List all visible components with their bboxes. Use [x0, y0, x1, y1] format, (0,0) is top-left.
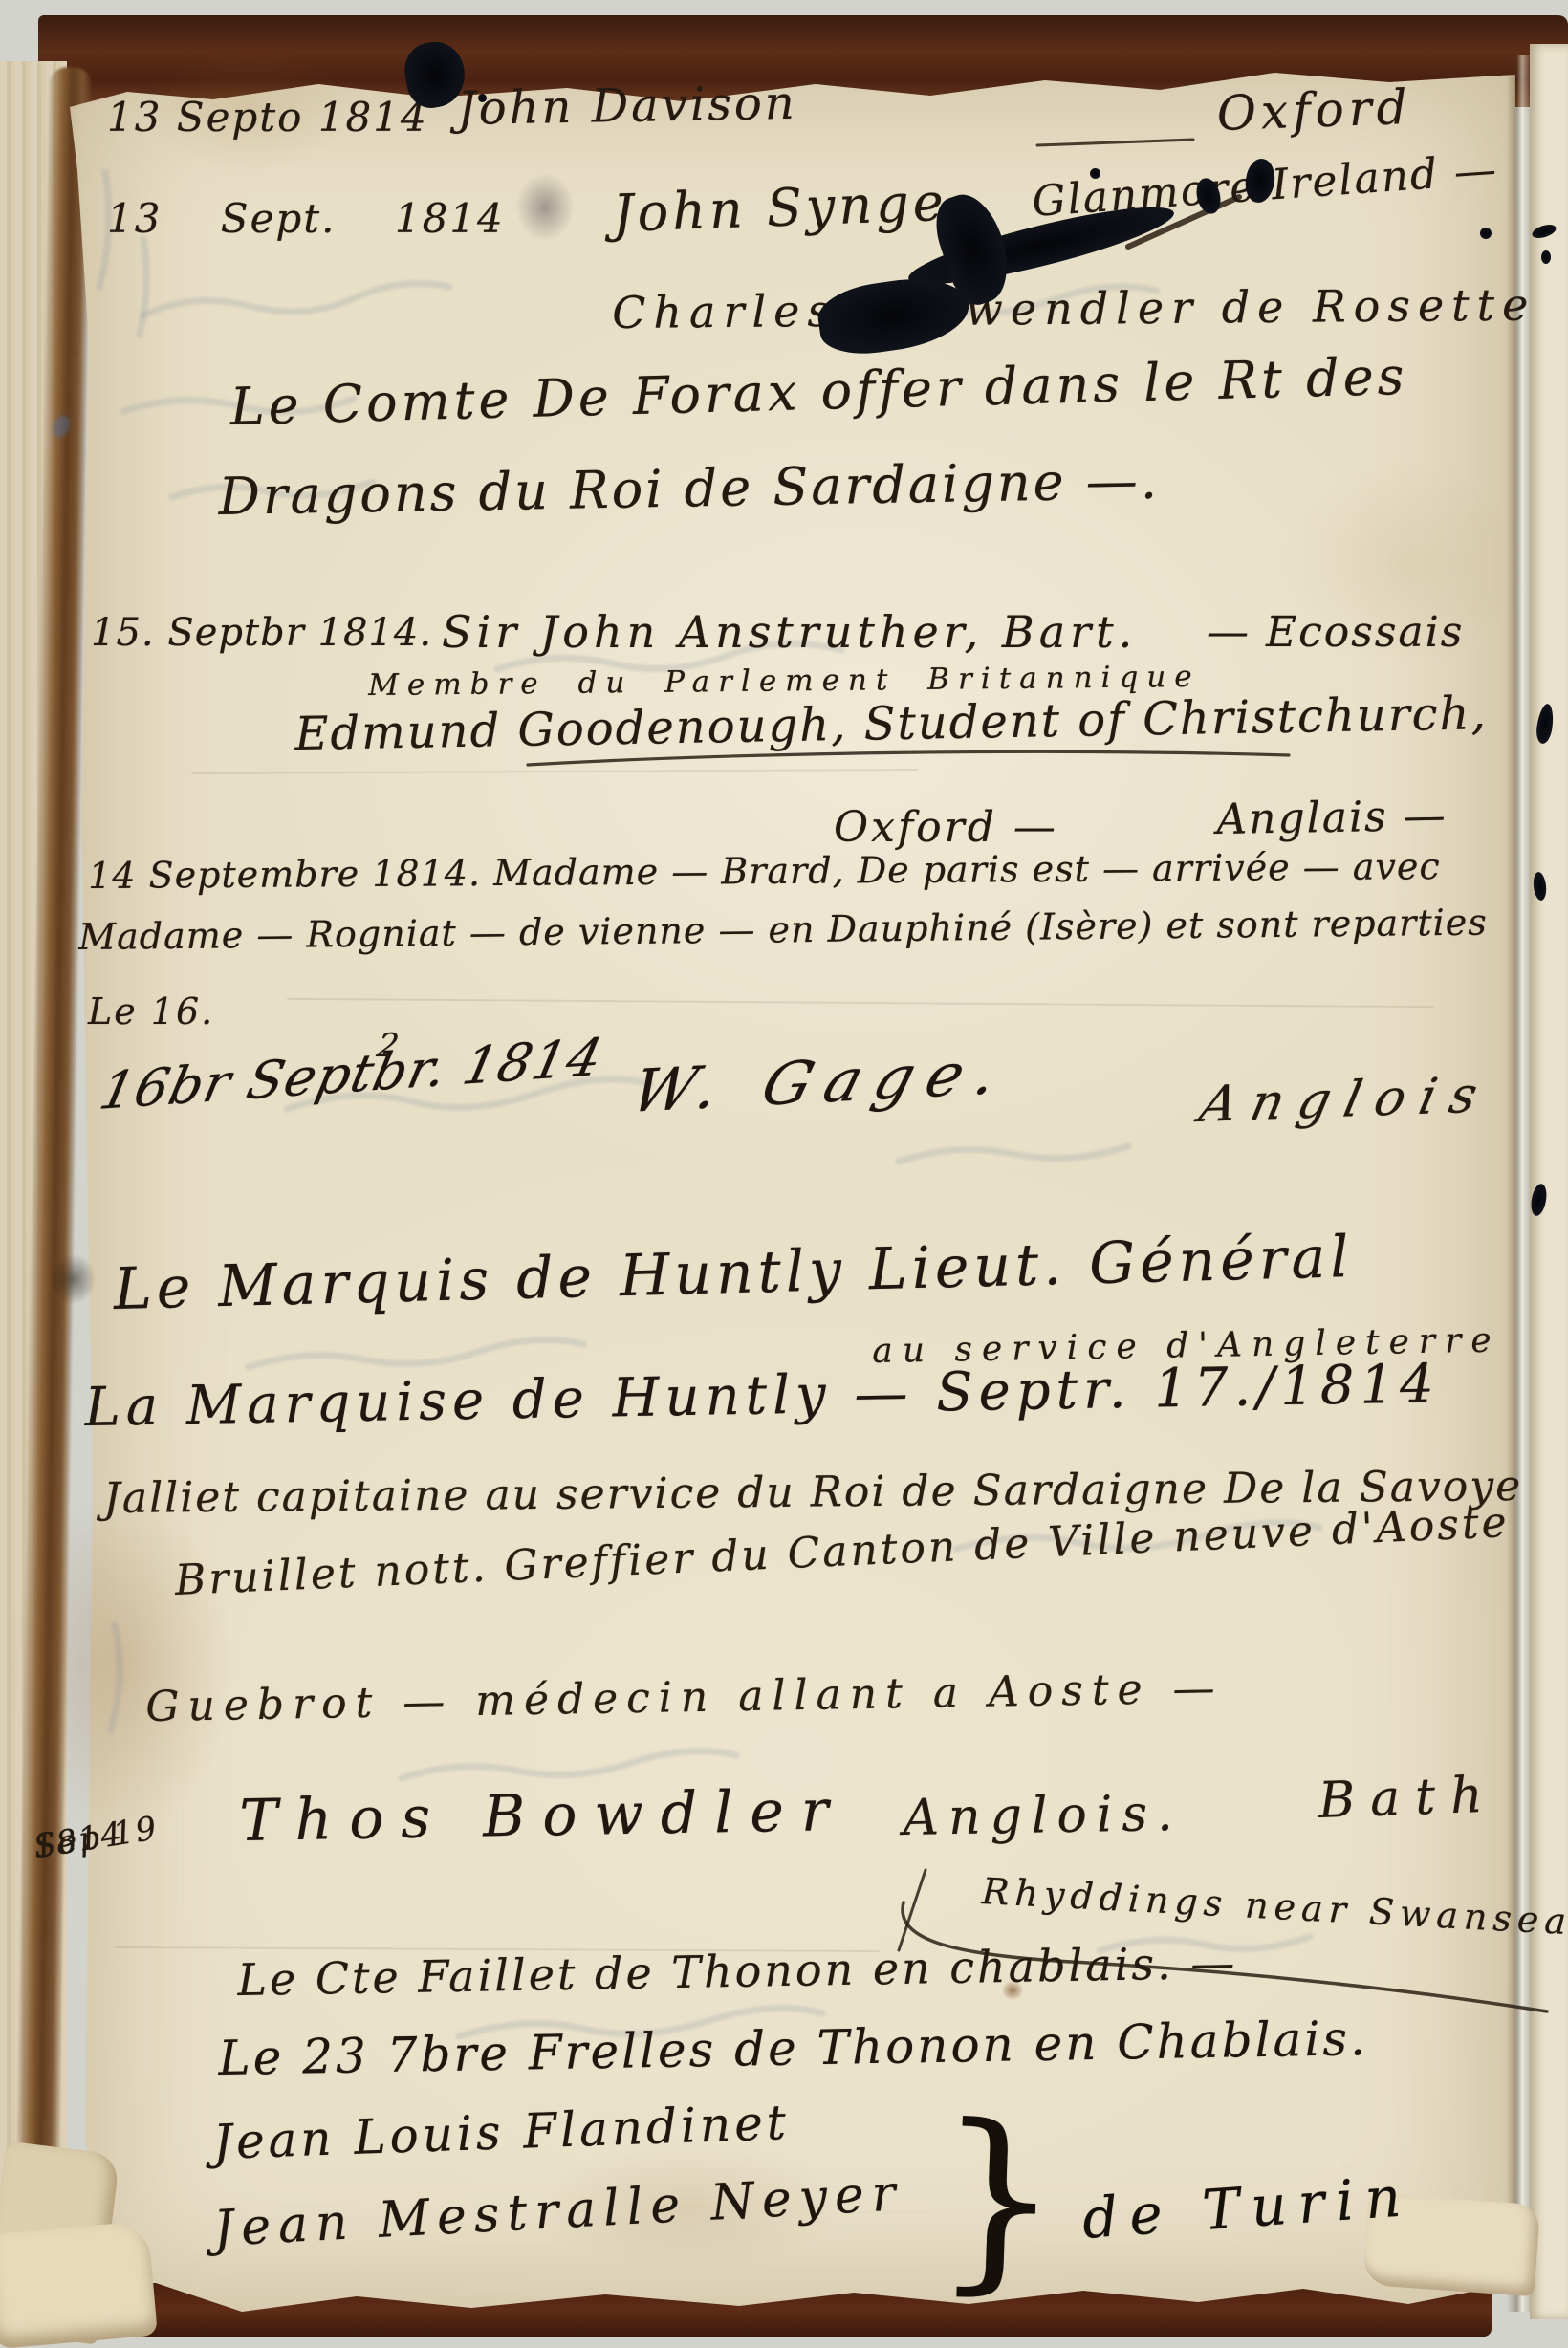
entry-3-name: Charles Schwendler de Rosette: [612, 281, 1536, 337]
entry-5-nationality: — Ecossais: [1207, 610, 1464, 656]
entry-1-place: Oxford: [1216, 81, 1413, 141]
manuscript-scan: 13 Septo 1814 John Davison Oxford 13 Sep…: [0, 0, 1568, 2348]
margin-date-line2: 1814: [29, 1800, 129, 1881]
entry-16-brace: }: [932, 2099, 1064, 2299]
entry-1-date: 13 Septo 1814: [107, 96, 428, 140]
entry-13-name: Thos Bowdler: [239, 1779, 846, 1853]
entry-5-date: 15. Septbr 1814.: [91, 612, 432, 654]
entry-5-name: Sir John Anstruther, Bart.: [442, 608, 1137, 657]
entry-13-place: Bath: [1318, 1768, 1498, 1829]
entry-6-nationality: Anglais —: [1216, 794, 1448, 844]
entry-2-date: 13 Sept. 1814: [107, 197, 505, 241]
entry-8-nationality: Anglois: [1195, 1069, 1496, 1134]
entry-7-line3: Le 16.: [88, 992, 214, 1033]
entry-2-name: John Synge: [612, 174, 948, 243]
entry-6-place: Oxford —: [834, 805, 1058, 851]
entry-1-name: John Davison: [457, 78, 797, 135]
entry-13-nationality: Anglois.: [903, 1787, 1183, 1846]
